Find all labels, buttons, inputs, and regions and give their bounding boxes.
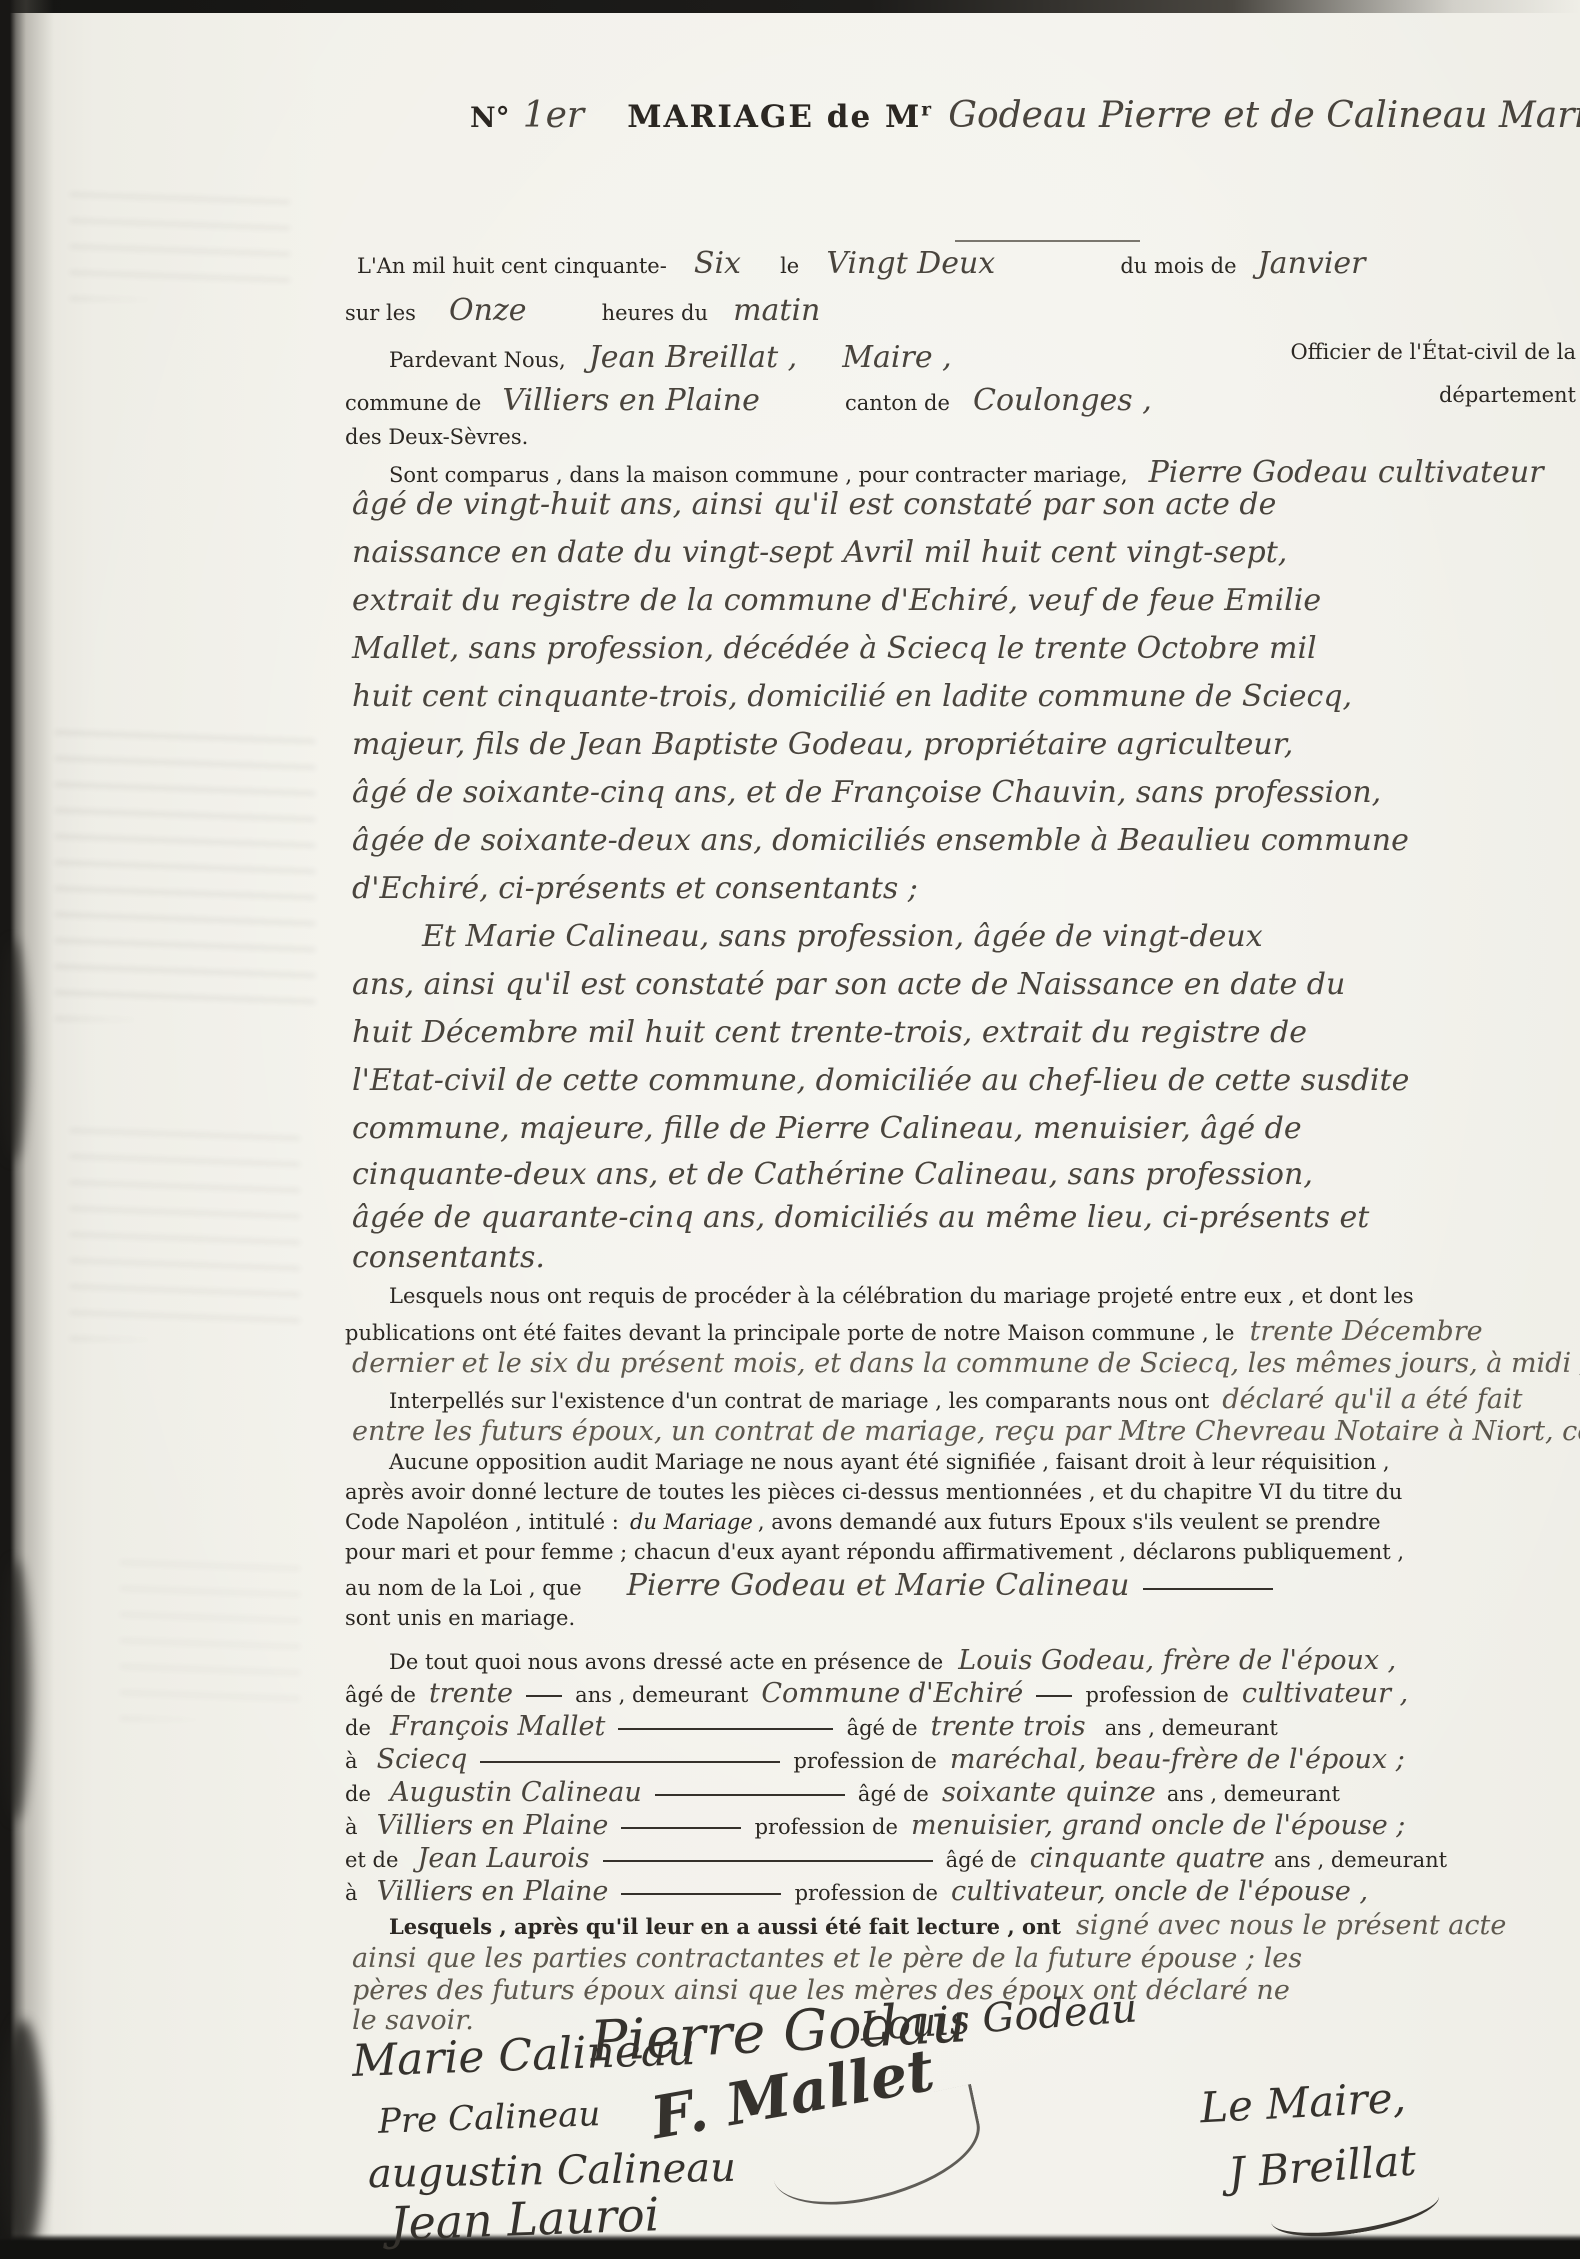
fill-rule — [618, 1728, 833, 1730]
print-text: de — [345, 1716, 371, 1740]
hw-line-bride-start: Et Marie Calineau, sans profession, âgée… — [352, 919, 1580, 954]
print-text: à — [345, 1749, 358, 1773]
binding-blot — [0, 940, 26, 1160]
fill-rule — [655, 1794, 845, 1796]
print-text: le — [780, 254, 799, 278]
act-title: MARIAGE de Mr — [627, 99, 933, 135]
hw-witness-3-profession: menuisier, grand oncle de l'épouse ; — [911, 1810, 1405, 1841]
print-text: Lesquels , après qu'il leur en a aussi é… — [345, 1914, 1061, 1939]
hw-witness-4-residence: Villiers en Plaine — [377, 1876, 609, 1907]
fill-rule — [1036, 1695, 1072, 1697]
signature-le-maire-label: Le Maire, — [1199, 2073, 1407, 2133]
hw-line: huit Décembre mil huit cent trente-trois… — [352, 1015, 1580, 1050]
print-text: ans , demeurant — [1105, 1716, 1278, 1740]
publications-line-2: publications ont été faites devant la pr… — [345, 1316, 1580, 1347]
print-text: Code Napoléon , intitulé : — [345, 1510, 619, 1534]
print-text: Lesquels nous ont requis de procéder à l… — [345, 1284, 1414, 1308]
hw-witness-1-name: Louis Godeau, frère de l'époux , — [958, 1645, 1396, 1676]
celebration-line-3: Code Napoléon , intitulé : du Mariage , … — [345, 1510, 1580, 1534]
print-text: heures du — [602, 301, 708, 325]
print-text-italic: du Mariage — [630, 1510, 753, 1534]
hw-witness-1-profession: cultivateur , — [1242, 1678, 1408, 1709]
hw-line: Mallet, sans profession, décédée à Sciec… — [352, 631, 1580, 666]
contract-line: Interpellés sur l'existence d'un contrat… — [345, 1384, 1580, 1415]
fill-rule — [1143, 1588, 1273, 1590]
print-text: sont unis en mariage. — [345, 1606, 575, 1630]
print-text: commune de — [345, 391, 481, 415]
binding-blot — [0, 1560, 30, 1820]
act-title-superscript: r — [921, 100, 933, 121]
hw-witness-2-age: trente trois — [931, 1711, 1086, 1742]
hw-closing-line-2: ainsi que les parties contractantes et l… — [352, 1943, 1580, 1974]
print-text: de — [345, 1782, 371, 1806]
opening-line-3: Pardevant Nous, Jean Breillat , Maire , … — [345, 340, 1580, 375]
hw-witness-1-age: trente — [429, 1678, 513, 1709]
print-text: publications ont été faites devant la pr… — [345, 1321, 1234, 1345]
hw-contract-answer: déclaré qu'il a été fait — [1222, 1384, 1522, 1415]
hw-contract-continued: entre les futurs époux, un contrat de ma… — [352, 1416, 1580, 1447]
hw-line: âgée de quarante-cinq ans, domiciliés au… — [352, 1200, 1580, 1235]
print-text: profession de — [1085, 1683, 1228, 1707]
hw-line: d'Echiré, ci-présents et consentants ; — [352, 871, 1580, 906]
print-text: profession de — [795, 1881, 938, 1905]
fill-rule — [621, 1893, 781, 1895]
hw-line: âgé de soixante-cinq ans, et de François… — [352, 775, 1580, 810]
witness-line-7: et de Jean Laurois âgé de cinquante quat… — [345, 1843, 1580, 1874]
hw-line: huit cent cinquante-trois, domicilié en … — [352, 679, 1580, 714]
print-text: et de — [345, 1848, 398, 1872]
celebration-line-6: sont unis en mariage. — [345, 1606, 1580, 1630]
hw-hour-period: matin — [733, 293, 820, 328]
print-text: âgé de — [946, 1848, 1017, 1872]
act-number-label: N° — [470, 101, 510, 134]
hw-hour: Onze — [449, 293, 526, 328]
opening-line-1: L'An mil huit cent cinquante- Six le Vin… — [345, 246, 1580, 281]
hw-witness-4-age: cinquante quatre — [1030, 1843, 1265, 1874]
print-text: Officier de l'État-civil de la — [1290, 340, 1576, 364]
fill-rule — [603, 1860, 933, 1862]
print-text: des Deux-Sèvres. — [345, 425, 528, 449]
hw-line: cinquante-deux ans, et de Cathérine Cali… — [352, 1157, 1580, 1192]
print-text: pour mari et pour femme ; chacun d'eux a… — [345, 1540, 1404, 1564]
hw-witness-2-residence: Sciecq — [377, 1744, 468, 1775]
hw-witness-1-residence: Commune d'Echiré — [761, 1678, 1023, 1709]
hw-witness-3-residence: Villiers en Plaine — [377, 1810, 609, 1841]
print-text: profession de — [793, 1749, 936, 1773]
hw-commune: Villiers en Plaine — [502, 383, 760, 418]
hw-publications-continued: dernier et le six du présent mois, et da… — [352, 1348, 1580, 1379]
hw-line: naissance en date du vingt-sept Avril mi… — [352, 535, 1580, 570]
hw-groom-name: Pierre Godeau cultivateur — [1149, 455, 1544, 490]
print-text: canton de — [845, 391, 950, 415]
closing-line-1: Lesquels , après qu'il leur en a aussi é… — [345, 1910, 1580, 1941]
hw-witness-4-name: Jean Laurois — [418, 1843, 590, 1874]
witness-line-5: de Augustin Calineau âgé de soixante qui… — [345, 1777, 1580, 1808]
hw-day: Vingt Deux — [826, 246, 995, 281]
witness-line-4: à Sciecq profession de maréchal, beau-fr… — [345, 1744, 1580, 1775]
hw-line: âgée de soixante-deux ans, domiciliés en… — [352, 823, 1580, 858]
hw-witness-3-name: Augustin Calineau — [390, 1777, 642, 1808]
print-text: sur les — [345, 301, 416, 325]
print-text: Sont comparus , dans la maison commune ,… — [345, 463, 1128, 487]
act-number-value: 1er — [523, 95, 584, 136]
hw-line: commune, majeure, fille de Pierre Caline… — [352, 1111, 1580, 1146]
print-text: âgé de — [847, 1716, 918, 1740]
act-title-text: MARIAGE de M — [627, 99, 921, 135]
print-text: Aucune opposition audit Mariage ne nous … — [345, 1450, 1390, 1474]
scan-top-edge — [0, 0, 1580, 13]
opening-line-5: des Deux-Sèvres. — [345, 425, 1580, 449]
opening-line-2: sur les Onze heures du matin — [345, 293, 1580, 328]
print-text: âgé de — [345, 1683, 416, 1707]
hw-witness-2-name: François Mallet — [390, 1711, 605, 1742]
fill-rule — [526, 1695, 562, 1697]
celebration-line-2: après avoir donné lecture de toutes les … — [345, 1480, 1580, 1504]
hw-line: majeur, fils de Jean Baptiste Godeau, pr… — [352, 727, 1580, 762]
print-text: après avoir donné lecture de toutes les … — [345, 1480, 1402, 1504]
print-text: âgé de — [858, 1782, 929, 1806]
ink-bleed-through — [55, 720, 315, 1020]
opening-line-4: commune de Villiers en Plaine canton de … — [345, 383, 1580, 418]
ink-bleed-through — [120, 1560, 300, 1720]
binding-blot — [0, 2020, 44, 2259]
signature-augustin-calineau: augustin Calineau — [368, 2145, 737, 2197]
hw-line: l'Etat-civil de cette commune, domicilié… — [352, 1063, 1580, 1098]
witness-line-1: De tout quoi nous avons dressé acte en p… — [345, 1645, 1580, 1676]
celebration-line-1: Aucune opposition audit Mariage ne nous … — [345, 1450, 1580, 1474]
print-text: à — [345, 1815, 358, 1839]
hw-officer-title: Maire , — [842, 340, 951, 375]
act-header: N° 1er MARIAGE de Mr Godeau Pierre et de… — [470, 95, 1580, 136]
witness-line-3: de François Mallet âgé de trente trois a… — [345, 1711, 1580, 1742]
print-text: à — [345, 1881, 358, 1905]
hw-line: ans, ainsi qu'il est constaté par son ac… — [352, 967, 1580, 1002]
act-title-spouse-names: Godeau Pierre et de Calineau Marie. — [948, 95, 1580, 136]
hw-month: Janvier — [1258, 246, 1366, 281]
hw-officer-name: Jean Breillat , — [589, 340, 797, 375]
print-text: profession de — [755, 1815, 898, 1839]
hw-closing: signé avec nous le présent acte — [1076, 1910, 1506, 1941]
fill-rule — [480, 1761, 780, 1763]
print-text: ans , demeurant — [1274, 1848, 1447, 1872]
blank-line-rule — [955, 240, 1140, 242]
print-text: , avons demandé aux futurs Epoux s'ils v… — [758, 1510, 1381, 1534]
hw-year: Six — [694, 246, 741, 281]
print-text: département — [1439, 383, 1576, 407]
celebration-line-4: pour mari et pour femme ; chacun d'eux a… — [345, 1540, 1580, 1564]
print-text: De tout quoi nous avons dressé acte en p… — [345, 1650, 943, 1674]
comparution-intro: Sont comparus , dans la maison commune ,… — [345, 455, 1580, 490]
signature-jean-lauroi: Jean Lauroi — [389, 2187, 660, 2250]
ink-bleed-through — [70, 1120, 300, 1340]
celebration-declaration-line: au nom de la Loi , que Pierre Godeau et … — [345, 1568, 1580, 1603]
hw-declared-names: Pierre Godeau et Marie Calineau — [627, 1568, 1130, 1603]
signature-pre-calineau: Pre Calineau — [377, 2094, 601, 2142]
hw-publication-date: trente Décembre — [1250, 1316, 1483, 1347]
witness-line-2: âgé de trente ans , demeurant Commune d'… — [345, 1678, 1580, 1709]
hw-canton: Coulonges , — [973, 383, 1152, 418]
hw-witness-2-profession: maréchal, beau-frère de l'époux ; — [950, 1744, 1405, 1775]
print-text: Interpellés sur l'existence d'un contrat… — [345, 1389, 1209, 1413]
witness-line-8: à Villiers en Plaine profession de culti… — [345, 1876, 1580, 1907]
print-text: Pardevant Nous, — [345, 348, 566, 372]
hw-line: consentants. — [352, 1240, 1580, 1275]
hw-witness-4-profession: cultivateur, oncle de l'épouse , — [951, 1876, 1368, 1907]
print-text: ans , demeurant — [1167, 1782, 1340, 1806]
print-text: au nom de la Loi , que — [345, 1576, 582, 1600]
hw-witness-3-age: soixante quinze — [942, 1777, 1156, 1808]
scan-bottom-edge — [0, 2233, 1580, 2259]
witness-line-6: à Villiers en Plaine profession de menui… — [345, 1810, 1580, 1841]
hw-line: âgé de vingt-huit ans, ainsi qu'il est c… — [352, 487, 1580, 522]
publications-line-1: Lesquels nous ont requis de procéder à l… — [345, 1284, 1580, 1308]
fill-rule — [621, 1827, 741, 1829]
ink-bleed-through — [70, 180, 290, 300]
print-text: L'An mil huit cent cinquante- — [357, 254, 667, 278]
print-text: ans , demeurant — [575, 1683, 748, 1707]
hw-line: extrait du registre de la commune d'Echi… — [352, 583, 1580, 618]
marriage-act-scan-page: N° 1er MARIAGE de Mr Godeau Pierre et de… — [0, 0, 1580, 2259]
print-text: du mois de — [1120, 254, 1236, 278]
